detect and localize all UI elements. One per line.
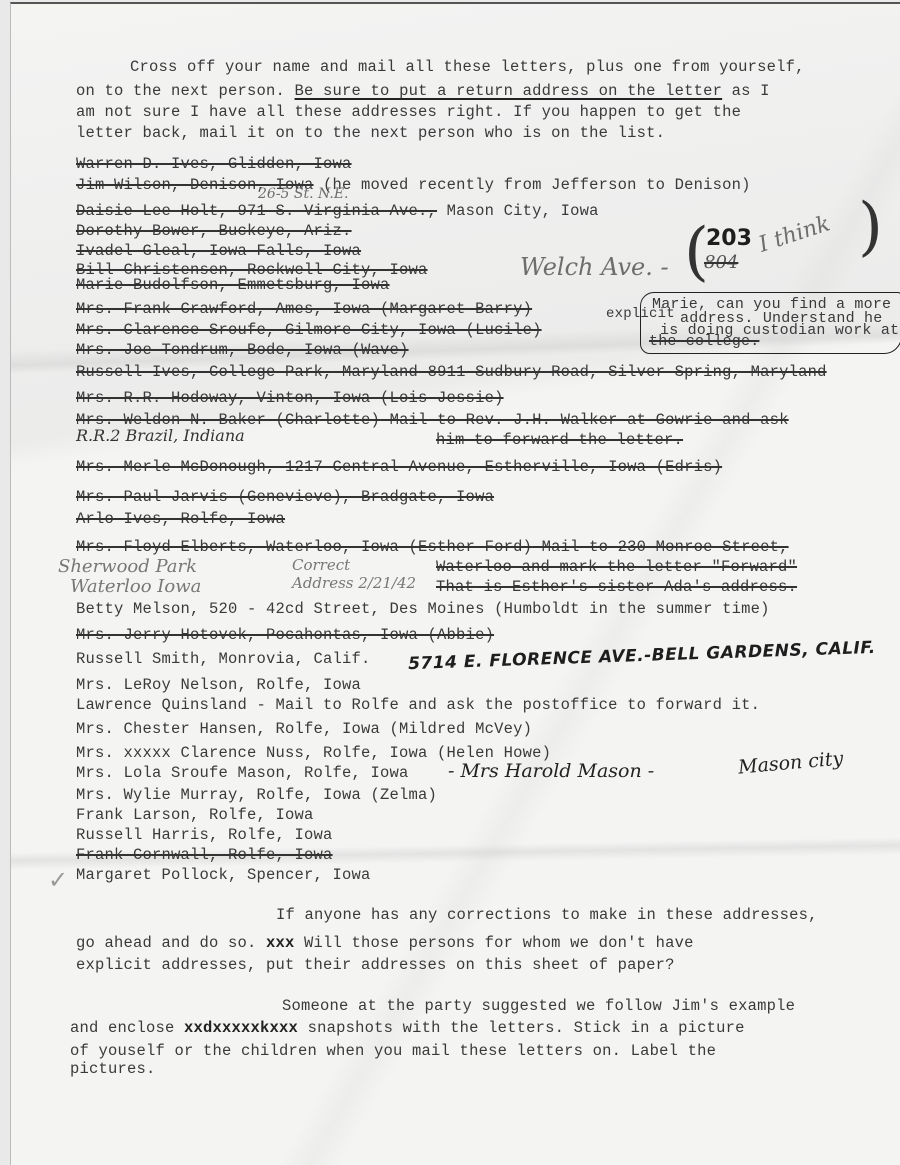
list-item-name: Dorothy Bower, Buckeye, Ariz. (76, 222, 352, 240)
list-item-name: Marie Budolfson, Emmetsburg, Iowa (76, 276, 390, 294)
handwritten-203: 203 (706, 226, 752, 251)
closing-p1-line-2: go ahead and do so. xxx Will those perso… (76, 934, 694, 952)
typed-over-x-2: xxdxxxxxkxxx (184, 1019, 298, 1037)
list-item-name: Arlo Ives, Rolfe, Iowa (76, 510, 285, 528)
list-item: Dorothy Bower, Buckeye, Ariz. (76, 222, 352, 240)
handwritten-waterloo-iowa: Waterloo Iowa (70, 576, 201, 597)
closing-p1-line-3: explicit addresses, put their addresses … (76, 956, 675, 974)
list-item-name: Russell Smith, Monrovia, Calif. (76, 650, 371, 668)
typed-over-x: xxx (266, 934, 295, 952)
handwritten-brazil-address: R.R.2 Brazil, Indiana (76, 426, 245, 445)
list-item-name: Mrs. Wylie Murray, Rolfe, Iowa (Zelma) (76, 786, 437, 804)
list-item: Mrs. Jerry Hotovek, Pocahontas, Iowa (Ab… (76, 626, 494, 644)
list-item-name: Mrs. Joe Tondrum, Bode, Iowa (Wave) (76, 341, 409, 359)
list-item: Betty Melson, 520 - 42cd Street, Des Moi… (76, 600, 770, 618)
list-item: Mrs. Frank Crawford, Ames, Iowa (Margare… (76, 300, 532, 318)
list-item: Frank Larson, Rolfe, Iowa (76, 806, 314, 824)
list-item-name: Warren D. Ives, Glidden, Iowa (76, 155, 352, 173)
intro-line-4: letter back, mail it on to the next pers… (76, 124, 665, 142)
closing-p1-line-1: If anyone has any corrections to make in… (276, 906, 818, 924)
handwritten-address-date: Address 2/21/42 (292, 574, 416, 592)
list-item-name: Ivadel Gleal, Iowa Falls, Iowa (76, 242, 361, 260)
list-item-name: Mrs. Chester Hansen, Rolfe, Iowa (Mildre… (76, 720, 532, 738)
list-item-name: Frank Cornwall, Rolfe, Iowa (76, 846, 333, 864)
list-item-name: Mrs. Floyd Elberts, Waterloo, Iowa (Esth… (76, 538, 532, 556)
closing-p2-line-3: of youself or the children when you mail… (70, 1042, 716, 1060)
list-item: Mrs. Lola Sroufe Mason, Rolfe, Iowa (76, 764, 409, 782)
list-item-extra: 8911 Sudbury Road, Silver Spring, Maryla… (418, 363, 827, 381)
closing-p2-line-2: and enclose xxdxxxxxkxxx snapshots with … (70, 1019, 745, 1037)
intro-line-2-suffix: as I (722, 82, 770, 100)
intro-line-3: am not sure I have all these addresses r… (76, 103, 741, 121)
list-item-name: Frank Larson, Rolfe, Iowa (76, 806, 314, 824)
intro-line-2-prefix: on to the next person. (76, 82, 295, 100)
closing-p2-line-2-suffix: snapshots with the letters. Stick in a p… (298, 1019, 745, 1037)
handwritten-welch-ave: Welch Ave. - (520, 253, 669, 281)
list-item: Mrs. Floyd Elberts, Waterloo, Iowa (Esth… (76, 538, 789, 556)
list-item-name: Mrs. Lola Sroufe Mason, Rolfe, Iowa (76, 764, 409, 782)
list-item: Mrs. Clarence Sroufe, Gilmore City, Iowa… (76, 321, 542, 339)
list-item: Mrs. Wylie Murray, Rolfe, Iowa (Zelma) (76, 786, 437, 804)
list-item-extra: Mail to 230 Monroe Street, (532, 538, 789, 556)
list-item-extra: Mail to Rev. J.H. Walker at Gowrie and a… (380, 411, 789, 429)
list-item: Mrs. Chester Hansen, Rolfe, Iowa (Mildre… (76, 720, 532, 738)
check-mark-icon: ✓ (48, 866, 68, 894)
bracket-close: ) (858, 190, 883, 264)
list-item: Lawrence Quinsland - Mail to Rolfe and a… (76, 696, 760, 714)
list-item-name: Mrs. Frank Crawford, Ames, Iowa (Margare… (76, 300, 532, 318)
closing-p2-line-1: Someone at the party suggested we follow… (282, 997, 795, 1015)
closing-p1-line-2-suffix: Will those persons for whom we don't hav… (295, 934, 694, 952)
list-item: Mrs. LeRoy Nelson, Rolfe, Iowa (76, 676, 361, 694)
list-item: Jim Wilson, Denison, Iowa (he moved rece… (76, 176, 751, 194)
closing-p2-line-2-prefix: and enclose (70, 1019, 184, 1037)
handwritten-mrs-harold-mason: - Mrs Harold Mason - (448, 760, 654, 782)
closing-p1-line-2-prefix: go ahead and do so. (76, 934, 266, 952)
list-item-continuation: him to forward the letter. (436, 431, 683, 449)
list-item-name: Daisie Lee Holt, 971 S. Virginia Ave., (76, 202, 437, 220)
list-item: Frank Cornwall, Rolfe, Iowa (76, 846, 333, 864)
handwritten-daisie-new-address: 26-5 St. N.E. (258, 186, 349, 202)
handwritten-sherwood-park: Sherwood Park (58, 556, 197, 577)
handwritten-correct: Correct (292, 556, 350, 574)
list-item: Mrs. Joe Tondrum, Bode, Iowa (Wave) (76, 341, 409, 359)
intro-line-1: Cross off your name and mail all these l… (130, 58, 805, 76)
list-item: Russell Harris, Rolfe, Iowa (76, 826, 333, 844)
list-item-name: Russell Ives, College Park, Maryland (76, 363, 418, 381)
crossed-old-number: 804 (704, 252, 738, 273)
list-item: Warren D. Ives, Glidden, Iowa (76, 155, 352, 173)
boxed-note-overstrike: explicit (606, 306, 675, 322)
list-item-extra: (he moved recently from Jefferson to Den… (314, 176, 751, 194)
list-item-name: Mrs. Clarence Sroufe, Gilmore City, Iowa… (76, 321, 542, 339)
list-item-name: Mrs. Paul Jarvis (Genevieve), Bradgate, … (76, 488, 494, 506)
closing-p2-line-4: pictures. (70, 1060, 156, 1078)
list-item-continuation: That is Esther's sister Ada's address. (436, 578, 797, 596)
list-item-name: Mrs. LeRoy Nelson, Rolfe, Iowa (76, 676, 361, 694)
list-item-name: Mrs. Jerry Hotovek, Pocahontas, Iowa (Ab… (76, 626, 494, 644)
list-item: Ivadel Gleal, Iowa Falls, Iowa (76, 242, 361, 260)
list-item: Russell Ives, College Park, Maryland 891… (76, 363, 827, 381)
boxed-note-line-4: the college. (649, 333, 759, 350)
list-item-continuation: Waterloo and mark the letter "Forward" (436, 558, 797, 576)
return-address-instruction: Be sure to put a return address on the l… (295, 82, 723, 100)
list-item: Mrs. Merle McDonough, 1217 Central Avenu… (76, 458, 722, 476)
list-item: Marie Budolfson, Emmetsburg, Iowa (76, 276, 390, 294)
intro-line-2: on to the next person. Be sure to put a … (76, 82, 770, 100)
list-item: Arlo Ives, Rolfe, Iowa (76, 510, 285, 528)
list-item: Margaret Pollock, Spencer, Iowa (76, 866, 371, 884)
list-item-name: Margaret Pollock, Spencer, Iowa (76, 866, 371, 884)
list-item-name: Betty Melson, 520 - 42cd Street, Des Moi… (76, 600, 770, 618)
list-item-name: Lawrence Quinsland - Mail to Rolfe and a… (76, 696, 760, 714)
list-item: Daisie Lee Holt, 971 S. Virginia Ave., M… (76, 202, 599, 220)
list-item: Mrs. R.R. Hodoway, Vinton, Iowa (Lois Je… (76, 389, 504, 407)
list-item: Russell Smith, Monrovia, Calif. (76, 650, 371, 668)
list-item-extra: Mason City, Iowa (437, 202, 599, 220)
list-item-name: Mrs. Merle McDonough, 1217 Central Avenu… (76, 458, 722, 476)
list-item: Mrs. Paul Jarvis (Genevieve), Bradgate, … (76, 488, 494, 506)
list-item-name: Russell Harris, Rolfe, Iowa (76, 826, 333, 844)
list-item-name: Mrs. R.R. Hodoway, Vinton, Iowa (Lois Je… (76, 389, 504, 407)
